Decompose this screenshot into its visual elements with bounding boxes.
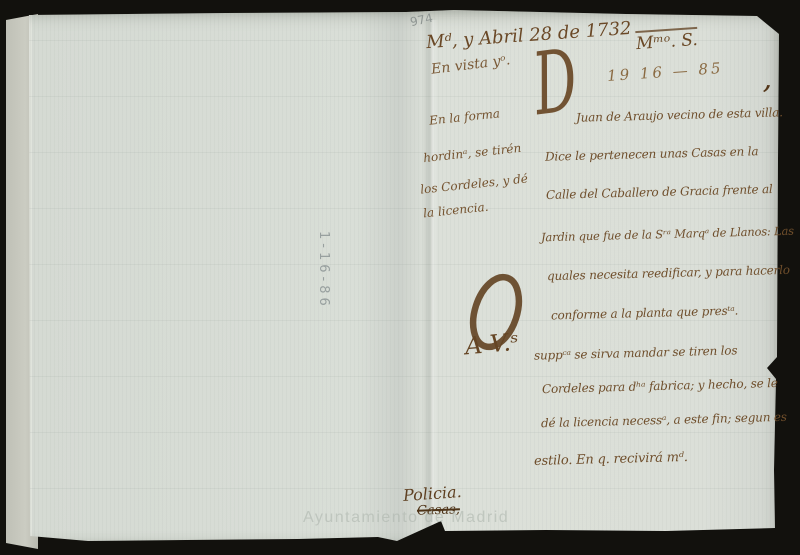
addressee-abbreviation: Mᵐᵒ. S. — [635, 27, 698, 54]
vertical-archival-code: 1-16-86 — [316, 231, 331, 310]
scan-background: 974 1-16-86 Mᵈ, y Abril 28 de 1732 En vi… — [0, 0, 800, 555]
watermark-text: Ayuntamiento de Madrid — [303, 509, 509, 527]
supplication-prefix: A V.ˢ — [464, 328, 520, 361]
page-fold-shadow — [422, 20, 438, 555]
